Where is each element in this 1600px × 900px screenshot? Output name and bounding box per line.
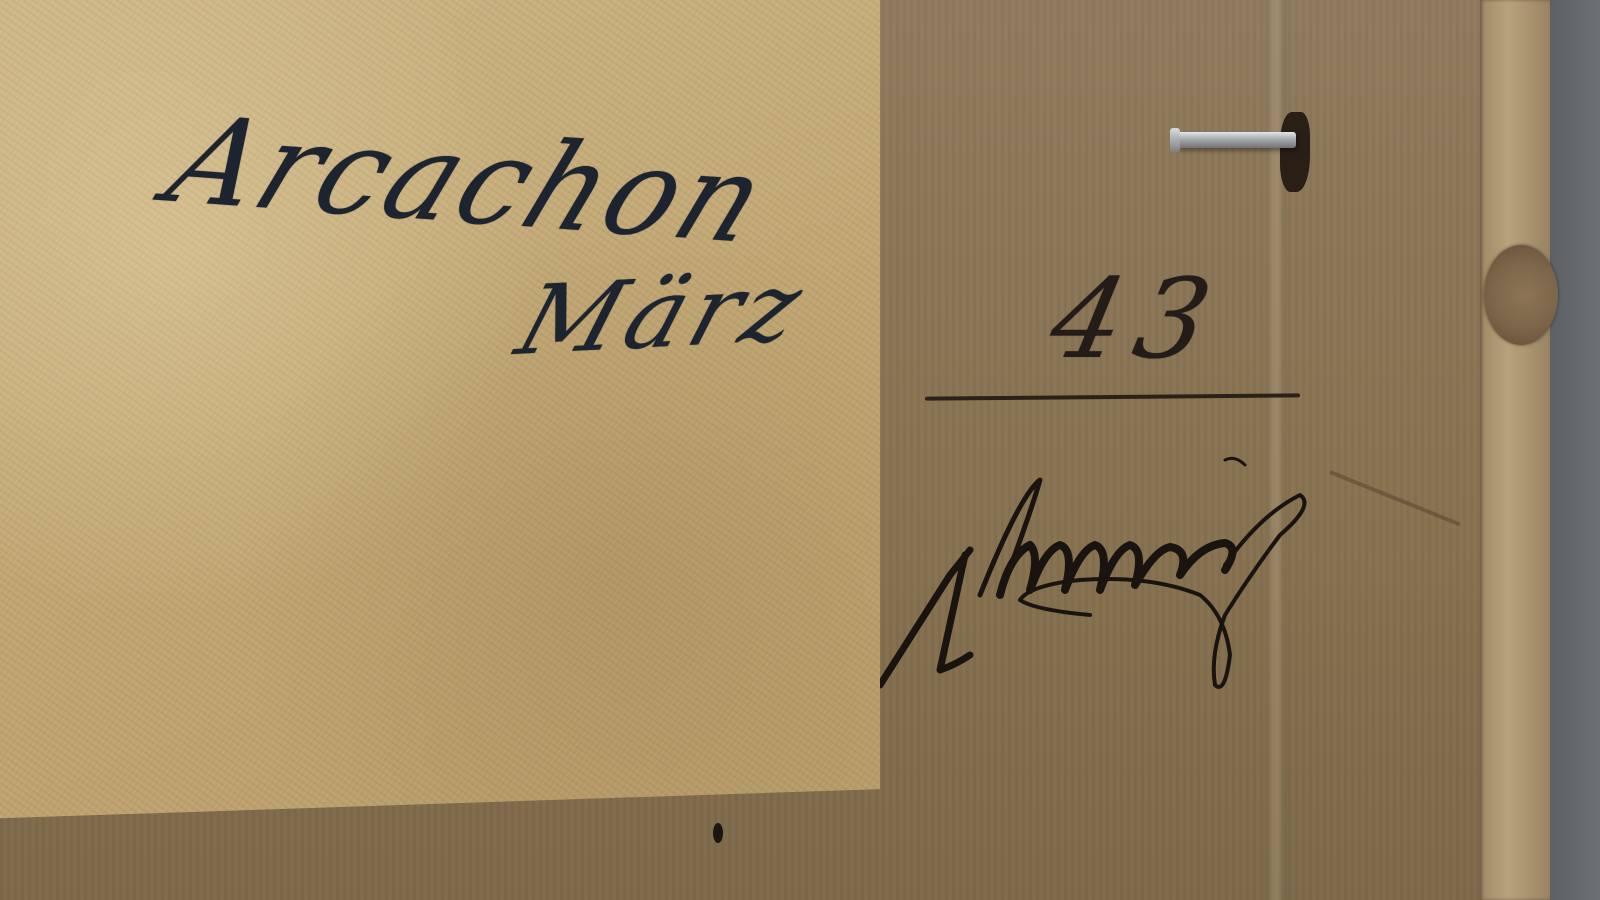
screw-head-icon: [1484, 245, 1558, 345]
photo-scene: Arcachon März 43: [0, 0, 1600, 900]
signature-strokes: [880, 455, 1320, 695]
nail-hole: [1280, 112, 1310, 192]
nail-icon: [1176, 132, 1296, 148]
wooden-frame: [1480, 0, 1550, 900]
ink-dot: [713, 823, 723, 843]
inscription-month: März: [505, 251, 821, 377]
inscription-year: 43: [1040, 255, 1235, 383]
background-wall: [1550, 0, 1600, 900]
signature: [880, 455, 1320, 695]
